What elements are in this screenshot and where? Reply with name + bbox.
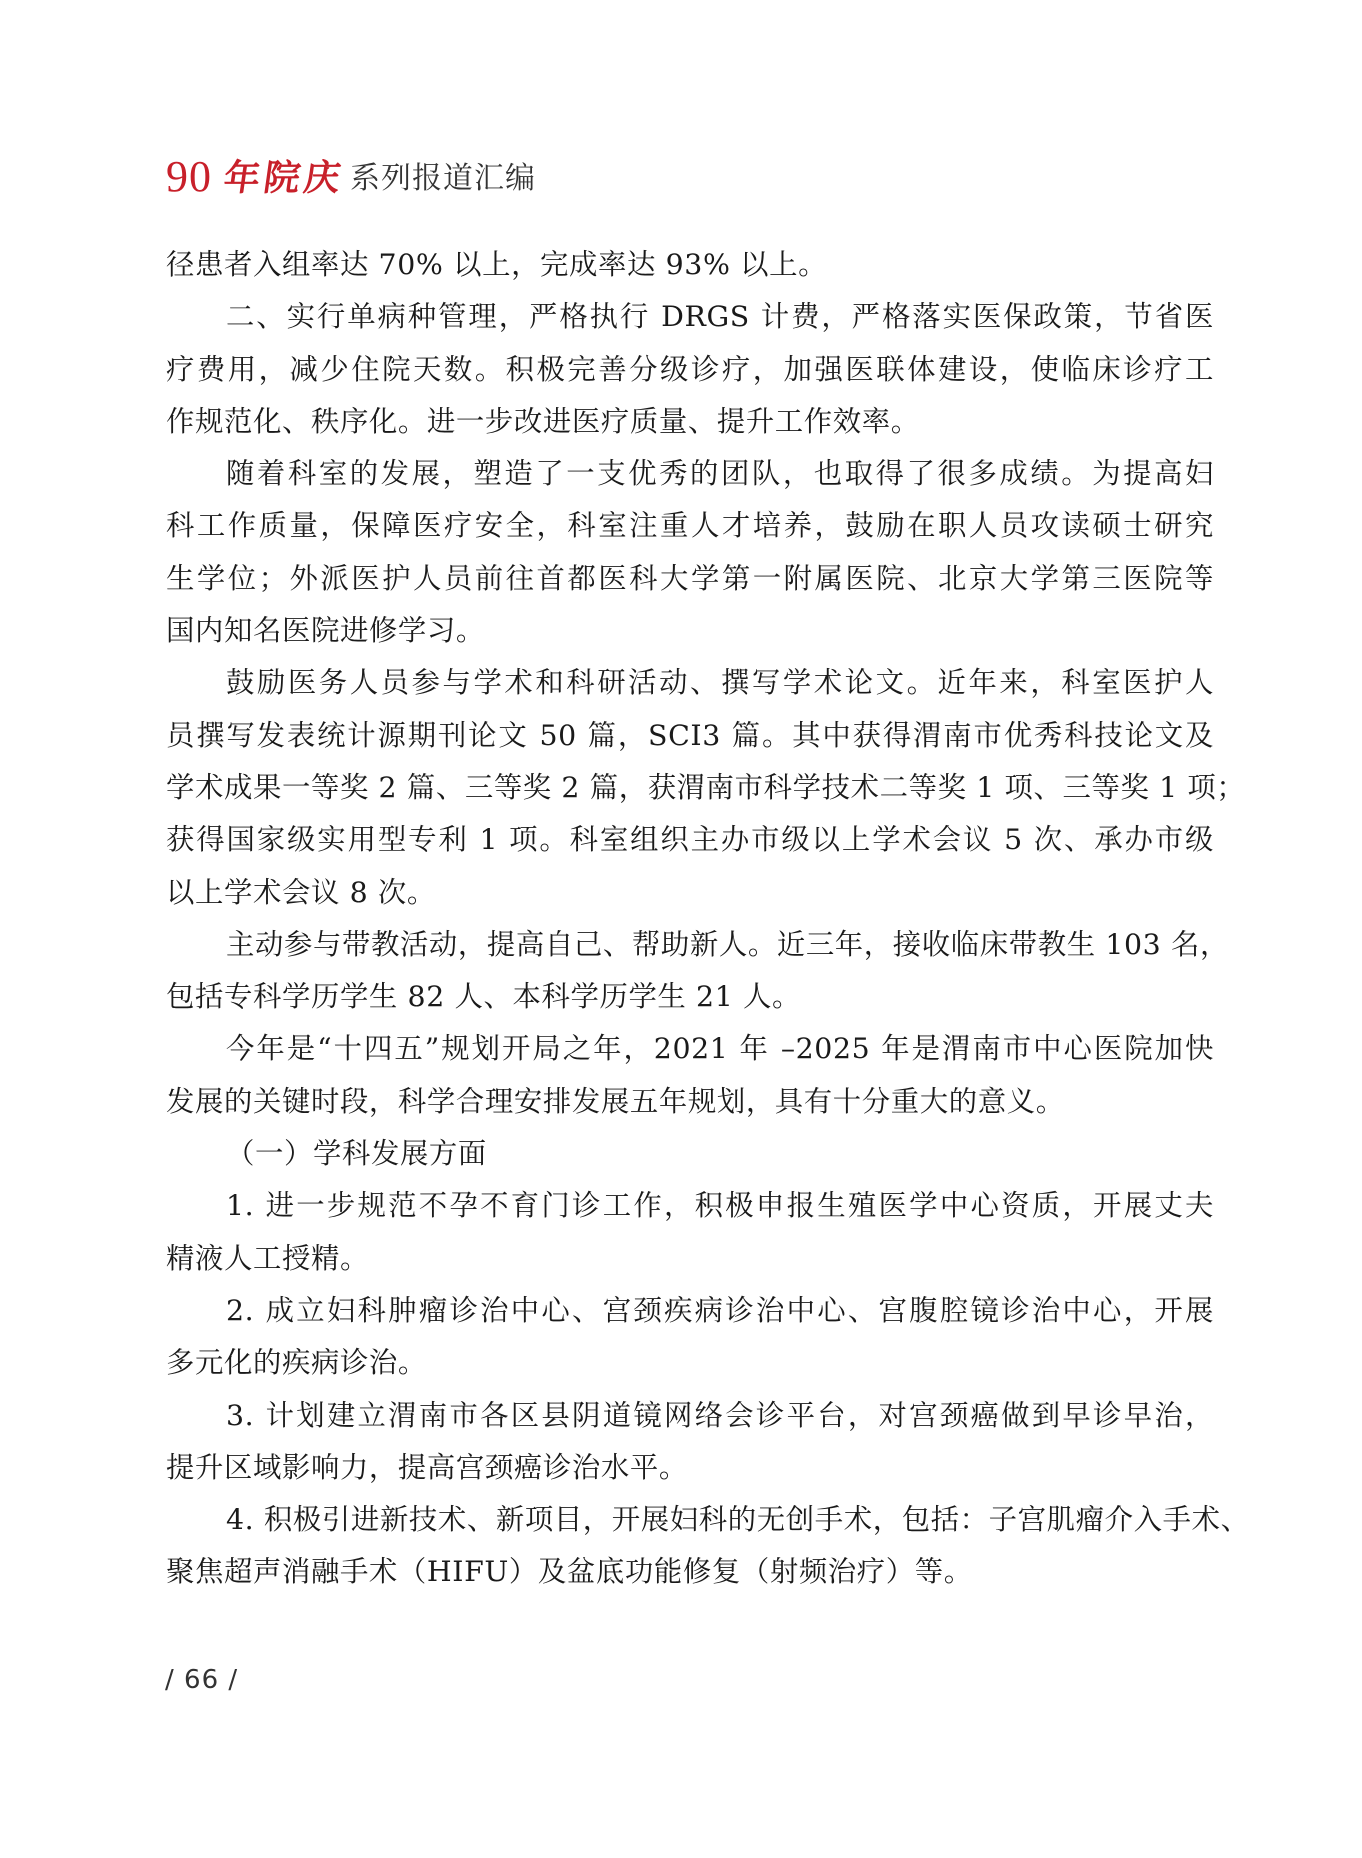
list-item-line: 聚焦超声消融手术（HIFU）及盆底功能修复（射频治疗）等。 — [166, 1546, 1214, 1598]
text-line: 包括专科学历学生 82 人、本科学历学生 21 人。 — [166, 971, 1214, 1023]
text-line: 国内知名医院进修学习。 — [166, 605, 1214, 657]
header-series-subtitle: 系列报道汇编 — [350, 158, 536, 200]
list-item-line: 提升区域影响力，提高宫颈癌诊治水平。 — [166, 1442, 1214, 1494]
list-item-line: 4. 积极引进新技术、新项目，开展妇科的无创手术，包括：子宫肌瘤介入手术、 — [166, 1494, 1214, 1546]
header-anniversary-number: 90 — [166, 154, 212, 200]
running-header: 90 年院庆 系列报道汇编 — [166, 150, 536, 200]
text-line: 鼓励医务人员参与学术和科研活动、撰写学术论文。近年来，科室医护人 — [166, 657, 1214, 709]
text-line: 疗费用，减少住院天数。积极完善分级诊疗，加强医联体建设，使临床诊疗工 — [166, 344, 1214, 396]
text-line: 二、实行单病种管理，严格执行 DRGS 计费，严格落实医保政策，节省医 — [166, 291, 1214, 343]
text-line: 作规范化、秩序化。进一步改进医疗质量、提升工作效率。 — [166, 396, 1214, 448]
text-line: 获得国家级实用型专利 1 项。科室组织主办市级以上学术会议 5 次、承办市级 — [166, 814, 1214, 866]
page-number: / 66 / — [165, 1664, 238, 1696]
section-heading: （一）学科发展方面 — [166, 1128, 1214, 1180]
list-item-line: 3. 计划建立渭南市各区县阴道镜网络会诊平台，对宫颈癌做到早诊早治， — [166, 1390, 1214, 1442]
text-line: 学术成果一等奖 2 篇、三等奖 2 篇，获渭南市科学技术二等奖 1 项、三等奖 … — [166, 762, 1214, 814]
text-line: 今年是“十四五”规划开局之年，2021 年 –2025 年是渭南市中心医院加快 — [166, 1023, 1214, 1075]
text-line: 发展的关键时段，科学合理安排发展五年规划，具有十分重大的意义。 — [166, 1076, 1214, 1128]
header-anniversary-title: 年院庆 — [221, 156, 347, 200]
text-line: 主动参与带教活动，提高自己、帮助新人。近三年，接收临床带教生 103 名， — [166, 919, 1214, 971]
list-item-line: 1. 进一步规范不孕不育门诊工作，积极申报生殖医学中心资质，开展丈夫 — [166, 1180, 1214, 1232]
list-item-line: 多元化的疾病诊治。 — [166, 1337, 1214, 1389]
article-body: 径患者入组率达 70% 以上，完成率达 93% 以上。 二、实行单病种管理，严格… — [166, 239, 1214, 1599]
text-line: 以上学术会议 8 次。 — [166, 867, 1214, 919]
text-line: 员撰写发表统计源期刊论文 50 篇，SCI3 篇。其中获得渭南市优秀科技论文及 — [166, 710, 1214, 762]
text-line: 径患者入组率达 70% 以上，完成率达 93% 以上。 — [166, 239, 1214, 291]
text-line: 随着科室的发展，塑造了一支优秀的团队，也取得了很多成绩。为提高妇 — [166, 448, 1214, 500]
list-item-line: 精液人工授精。 — [166, 1233, 1214, 1285]
text-line: 科工作质量，保障医疗安全，科室注重人才培养，鼓励在职人员攻读硕士研究 — [166, 500, 1214, 552]
list-item-line: 2. 成立妇科肿瘤诊治中心、宫颈疾病诊治中心、宫腹腔镜诊治中心，开展 — [166, 1285, 1214, 1337]
text-line: 生学位；外派医护人员前往首都医科大学第一附属医院、北京大学第三医院等 — [166, 553, 1214, 605]
